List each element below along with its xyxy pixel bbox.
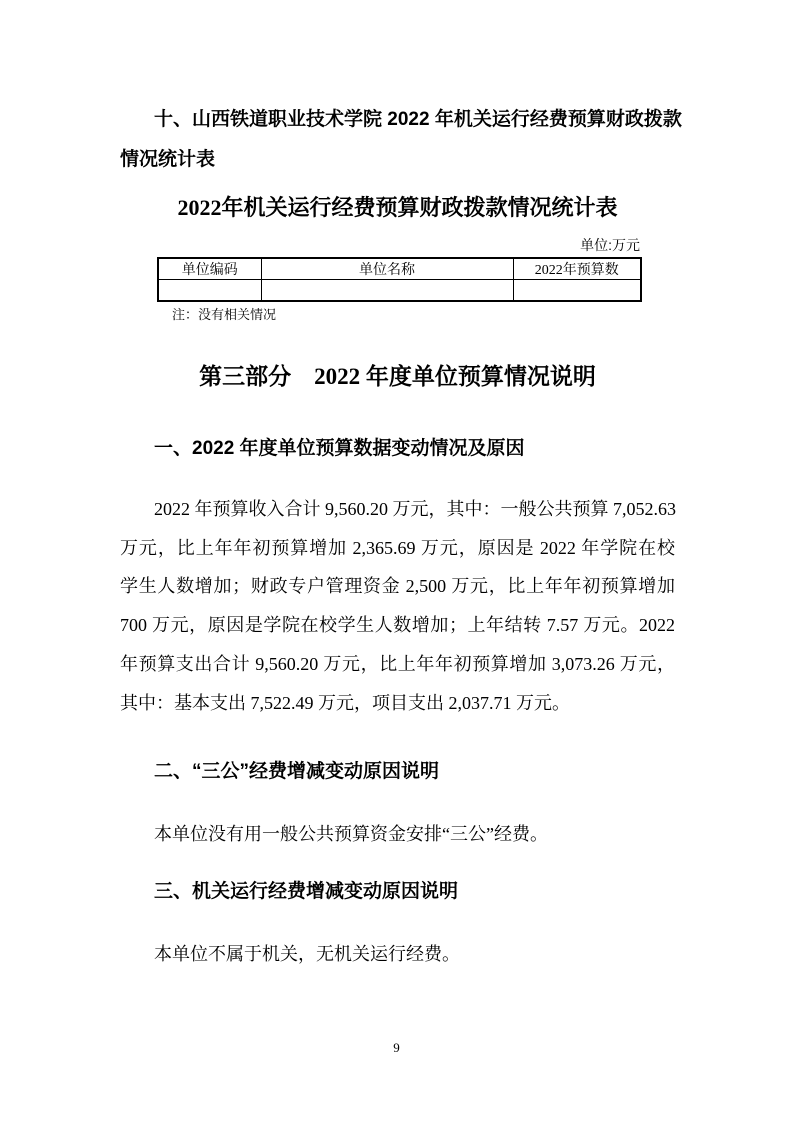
table-note: 注：没有相关情况 (172, 306, 572, 324)
unit-label: 单位:万元 (120, 236, 675, 254)
document-page: 十、山西铁道职业技术学院 2022 年机关运行经费预算财政拨款 情况统计表 20… (0, 0, 793, 1122)
section-three-body: 本单位不属于机关，无机关运行经费。 (120, 941, 675, 967)
section-ten-heading: 十、山西铁道职业技术学院 2022 年机关运行经费预算财政拨款 情况统计表 (120, 100, 675, 180)
section-two-heading: 二、“三公”经费增减变动原因说明 (120, 760, 675, 784)
section-ten-heading-line2: 情况统计表 (120, 140, 675, 180)
page-number: 9 (0, 1040, 793, 1056)
paragraph-line: 2022 年预算收入合计 9,560.20 万元，其中：一般公共预算 7,052… (120, 490, 675, 529)
table-title: 2022年机关运行经费预算财政拨款情况统计表 (120, 194, 675, 222)
table-header-row: 单位编码 单位名称 2022年预算数 (158, 258, 641, 280)
section-two-body: 本单位没有用一般公共预算资金安排“三公”经费。 (120, 821, 675, 847)
part-three-title: 第三部分 2022 年度单位预算情况说明 (120, 360, 675, 394)
cell-unit-code (158, 280, 261, 302)
column-header-unit-name: 单位名称 (261, 258, 513, 280)
cell-unit-name (261, 280, 513, 302)
section-three-heading: 三、机关运行经费增减变动原因说明 (120, 880, 675, 904)
column-header-unit-code: 单位编码 (158, 258, 261, 280)
column-header-budget-2022: 2022年预算数 (513, 258, 641, 280)
table-row (158, 280, 641, 302)
paragraph-line: 学生人数增加；财政专户管理资金 2,500 万元，比上年年初预算增加 (120, 567, 675, 606)
paragraph-line: 700 万元，原因是学院在校学生人数增加；上年结转 7.57 万元。2022 (120, 606, 675, 645)
paragraph-line: 其中：基本支出 7,522.49 万元，项目支出 2,037.71 万元。 (120, 684, 675, 723)
section-one-heading: 一、2022 年度单位预算数据变动情况及原因 (120, 437, 675, 461)
budget-change-paragraph: 2022 年预算收入合计 9,560.20 万元，其中：一般公共预算 7,052… (120, 490, 675, 722)
cell-budget-2022 (513, 280, 641, 302)
budget-funds-table: 单位编码 单位名称 2022年预算数 (157, 257, 642, 302)
section-ten-heading-line1: 十、山西铁道职业技术学院 2022 年机关运行经费预算财政拨款 (120, 100, 675, 140)
paragraph-line: 万元，比上年年初预算增加 2,365.69 万元，原因是 2022 年学院在校 (120, 529, 675, 568)
paragraph-line: 年预算支出合计 9,560.20 万元，比上年年初预算增加 3,073.26 万… (120, 645, 675, 684)
